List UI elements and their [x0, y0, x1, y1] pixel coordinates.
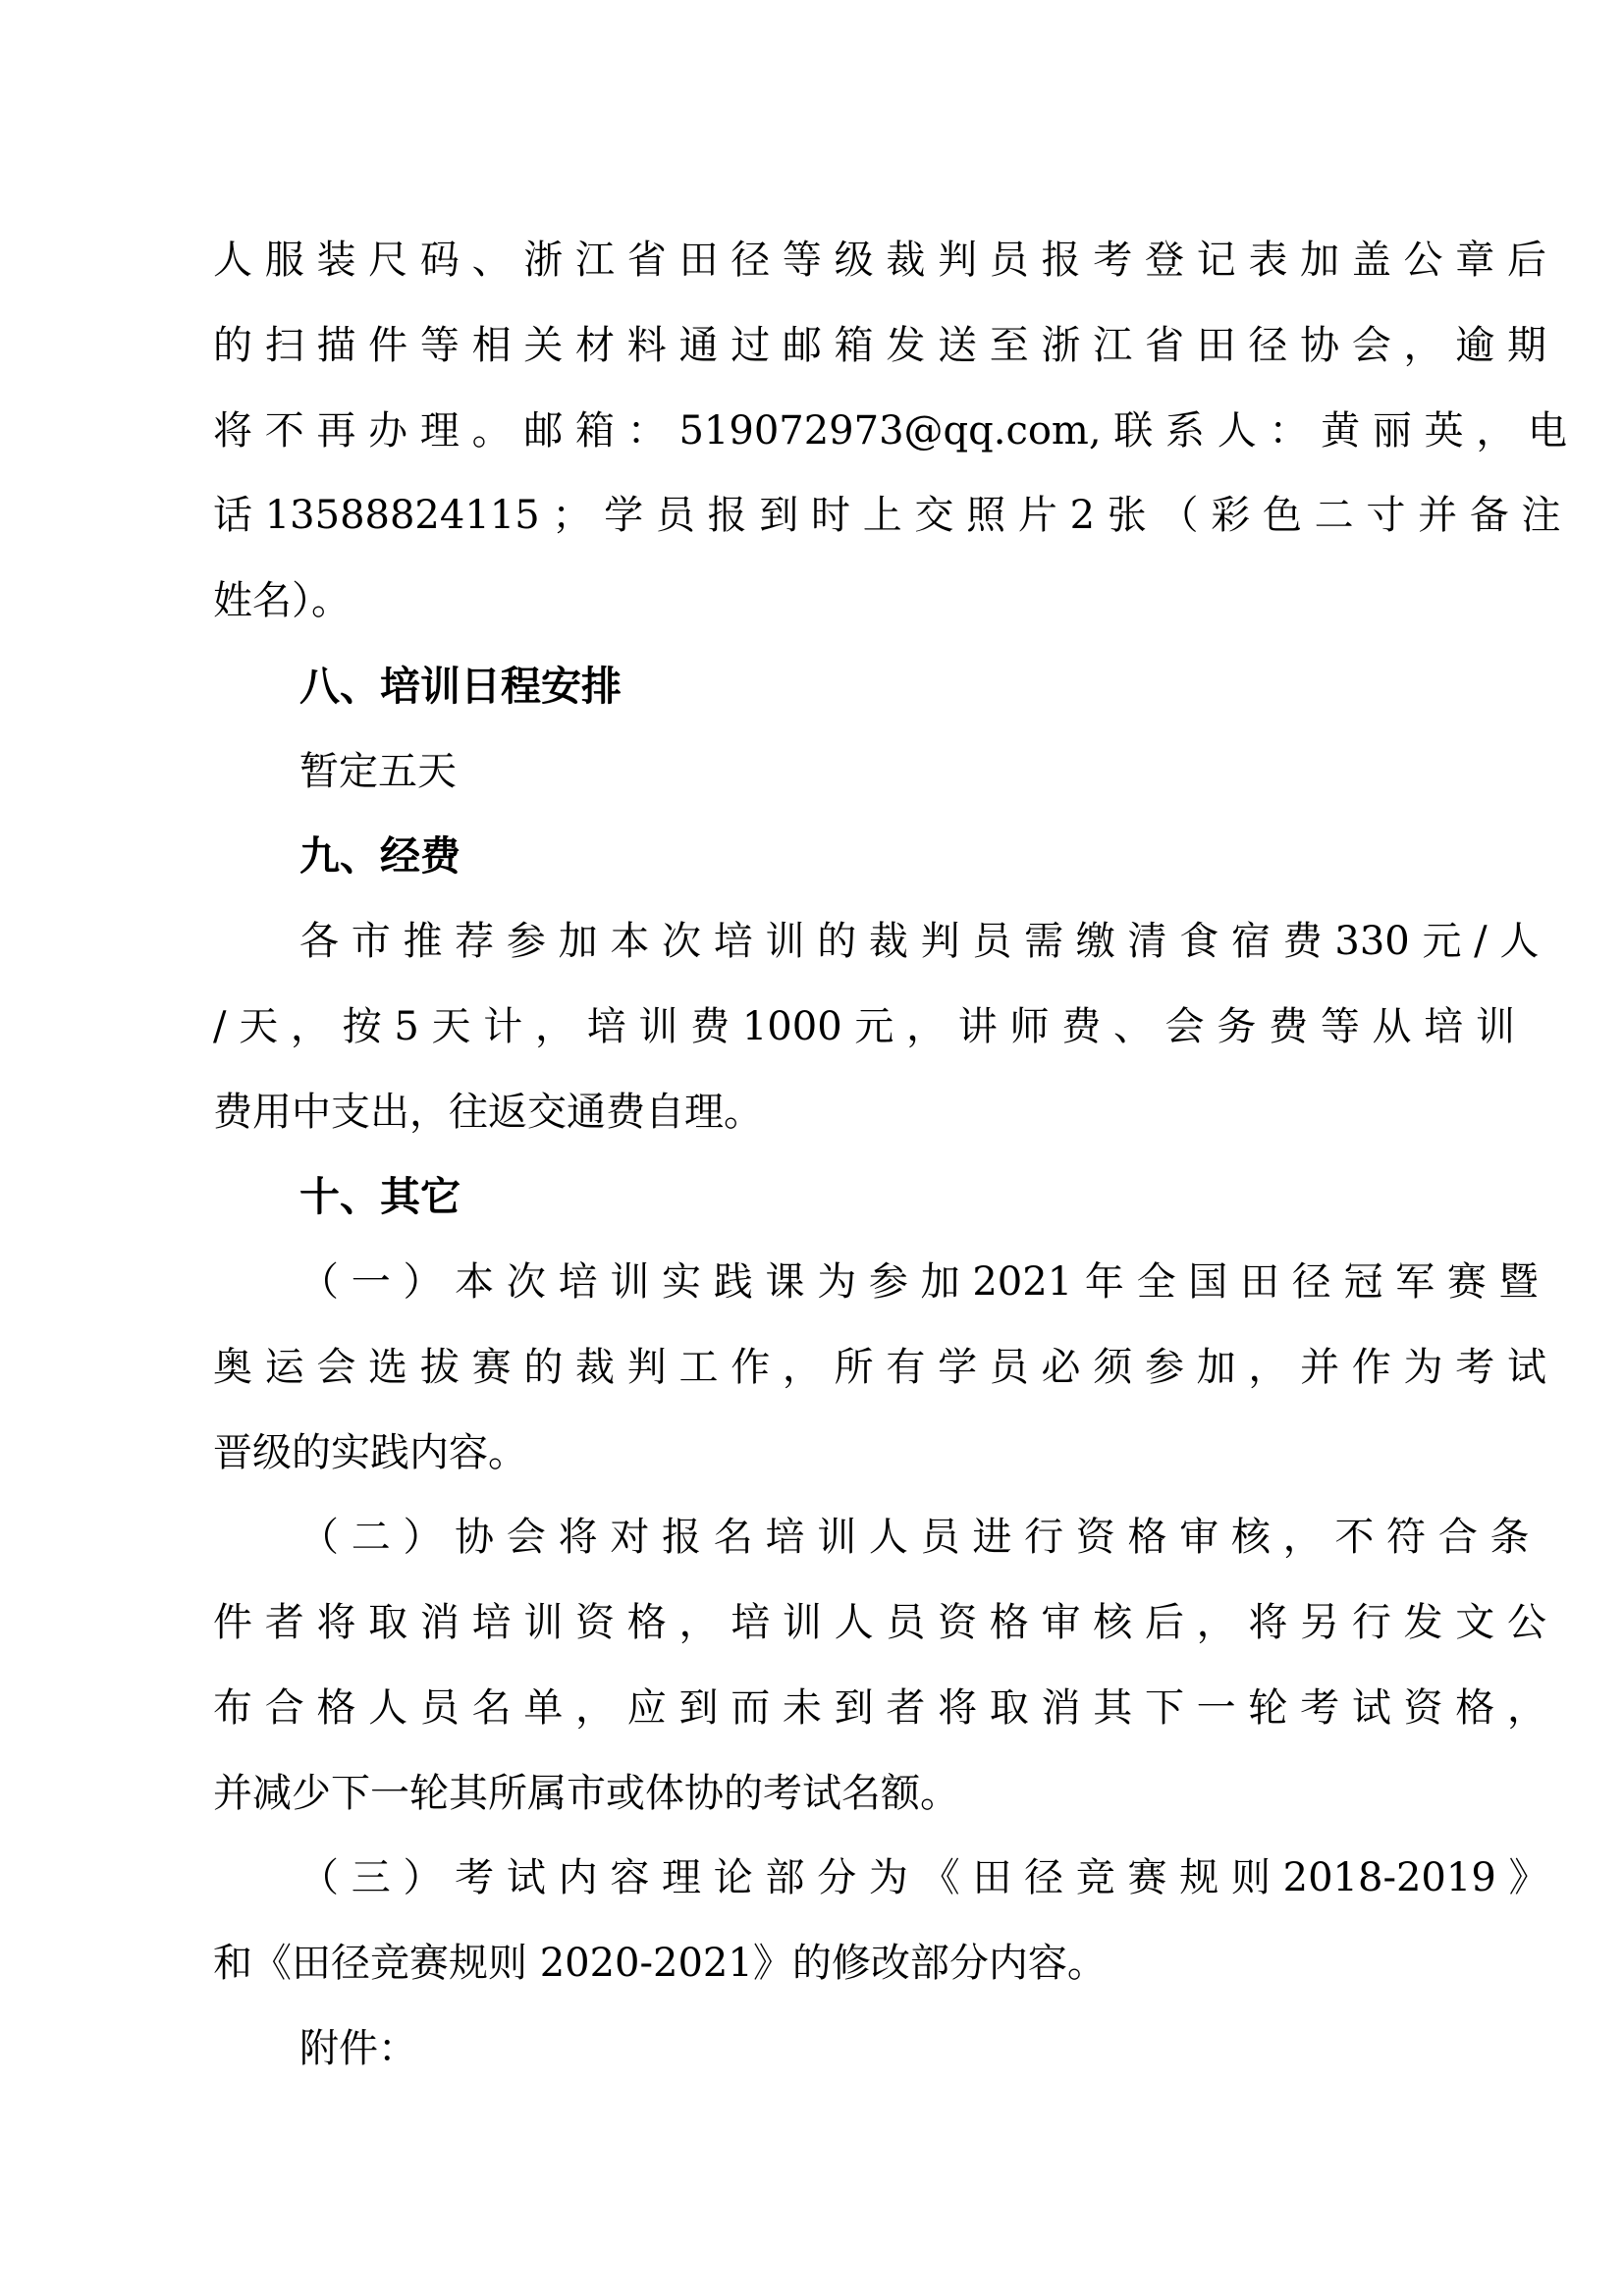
contact-email-line: 将 不 再 办 理 。 邮 箱 ： 519072973@qq.com, 联 系 … — [213, 389, 1380, 474]
attachments-label: 附件： — [213, 2006, 1380, 2092]
body-line: 姓名）。 — [213, 559, 1380, 644]
body-line: 人 服 装 尺 码 、 浙 江 省 田 径 等 级 裁 判 员 报 考 登 记 … — [213, 218, 1380, 303]
other-item-2-line: （ 二 ） 协 会 将 对 报 名 培 训 人 员 进 行 资 格 审 核 ， … — [213, 1495, 1380, 1580]
section-heading-other: 十、其它 — [213, 1154, 1380, 1240]
other-item-3-line: （ 三 ） 考 试 内 容 理 论 部 分 为 《 田 径 竞 赛 规 则 20… — [213, 1836, 1380, 1921]
other-item-1-line: 晋级的实践内容。 — [213, 1411, 1380, 1496]
other-item-2-line: 并减少下一轮其所属市或体协的考试名额。 — [213, 1751, 1380, 1837]
schedule-content: 暂定五天 — [213, 729, 1380, 815]
fees-paragraph-line: 各 市 推 荐 参 加 本 次 培 训 的 裁 判 员 需 缴 清 食 宿 费 … — [213, 899, 1380, 985]
other-item-3-line: 和《田径竞赛规则 2020-2021》的修改部分内容。 — [213, 1921, 1380, 2006]
fees-paragraph-line: 费用中支出，往返交通费自理。 — [213, 1070, 1380, 1155]
other-item-1-line: （ 一 ） 本 次 培 训 实 践 课 为 参 加 2021 年 全 国 田 径… — [213, 1240, 1380, 1325]
other-item-2-line: 件 者 将 取 消 培 训 资 格 ， 培 训 人 员 资 格 审 核 后 ， … — [213, 1580, 1380, 1666]
section-heading-schedule: 八、培训日程安排 — [213, 644, 1380, 729]
body-line: 的 扫 描 件 等 相 关 材 料 通 过 邮 箱 发 送 至 浙 江 省 田 … — [213, 303, 1380, 389]
fees-paragraph-line: / 天 ， 按 5 天 计 ， 培 训 费 1000 元 ， 讲 师 费 、 会… — [213, 985, 1380, 1070]
section-heading-fees: 九、经费 — [213, 814, 1380, 899]
contact-phone-line: 话 13588824115 ； 学 员 报 到 时 上 交 照 片 2 张 （ … — [213, 473, 1380, 559]
document-page: 人 服 装 尺 码 、 浙 江 省 田 径 等 级 裁 判 员 报 考 登 记 … — [213, 218, 1380, 2092]
other-item-2-line: 布 合 格 人 员 名 单 ， 应 到 而 未 到 者 将 取 消 其 下 一 … — [213, 1666, 1380, 1751]
other-item-1-line: 奥 运 会 选 拔 赛 的 裁 判 工 作 ， 所 有 学 员 必 须 参 加 … — [213, 1325, 1380, 1411]
